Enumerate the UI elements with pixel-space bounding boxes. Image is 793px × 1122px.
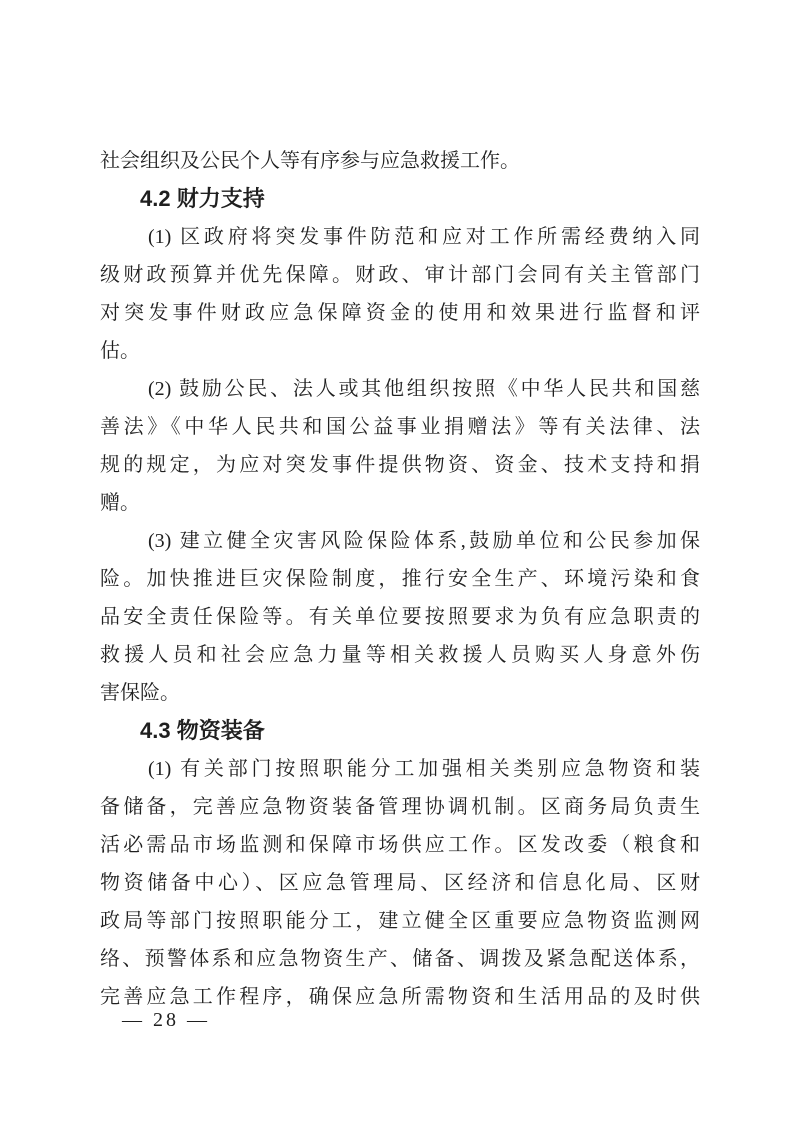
page-number: — 28 — bbox=[122, 1008, 210, 1032]
text-line: 善法》《中华人民共和国公益事业捐赠法》等有关法律、法 bbox=[100, 408, 700, 446]
text-line: 救援人员和社会应急力量等相关救援人员购买人身意外伤 bbox=[100, 636, 700, 674]
text-line: (1) 区政府将突发事件防范和应对工作所需经费纳入同 bbox=[100, 218, 700, 256]
text-line: 规的规定，为应对突发事件提供物资、资金、技术支持和捐 bbox=[100, 446, 700, 484]
text-line: (3) 建立健全灾害风险保险体系,鼓励单位和公民参加保 bbox=[100, 522, 700, 560]
text-line: (2) 鼓励公民、法人或其他组织按照《中华人民共和国慈 bbox=[100, 370, 700, 408]
text-line: 估。 bbox=[100, 332, 700, 370]
document-page: 社会组织及公民个人等有序参与应急救援工作。 4.2 财力支持 (1) 区政府将突… bbox=[0, 0, 793, 1122]
text-line: 活必需品市场监测和保障市场供应工作。区发改委（粮食和 bbox=[100, 826, 700, 864]
text-line: 级财政预算并优先保障。财政、审计部门会同有关主管部门 bbox=[100, 256, 700, 294]
text-line: 络、预警体系和应急物资生产、储备、调拨及紧急配送体系， bbox=[100, 940, 700, 978]
section-heading-4-3: 4.3 物资装备 bbox=[100, 712, 700, 750]
text-line: 备储备，完善应急物资装备管理协调机制。区商务局负责生 bbox=[100, 788, 700, 826]
text-line: 险。加快推进巨灾保险制度，推行安全生产、环境污染和食 bbox=[100, 560, 700, 598]
text-line: 物资储备中心）、区应急管理局、区经济和信息化局、区财 bbox=[100, 864, 700, 902]
text-line: 政局等部门按照职能分工，建立健全区重要应急物资监测网 bbox=[100, 902, 700, 940]
document-body: 社会组织及公民个人等有序参与应急救援工作。 4.2 财力支持 (1) 区政府将突… bbox=[100, 142, 700, 1016]
text-line: 社会组织及公民个人等有序参与应急救援工作。 bbox=[100, 142, 700, 180]
text-line: 害保险。 bbox=[100, 674, 700, 712]
text-line: 对突发事件财政应急保障资金的使用和效果进行监督和评 bbox=[100, 294, 700, 332]
text-line: 赠。 bbox=[100, 484, 700, 522]
section-heading-4-2: 4.2 财力支持 bbox=[100, 180, 700, 218]
text-line: (1) 有关部门按照职能分工加强相关类别应急物资和装 bbox=[100, 750, 700, 788]
text-line: 品安全责任保险等。有关单位要按照要求为负有应急职责的 bbox=[100, 598, 700, 636]
